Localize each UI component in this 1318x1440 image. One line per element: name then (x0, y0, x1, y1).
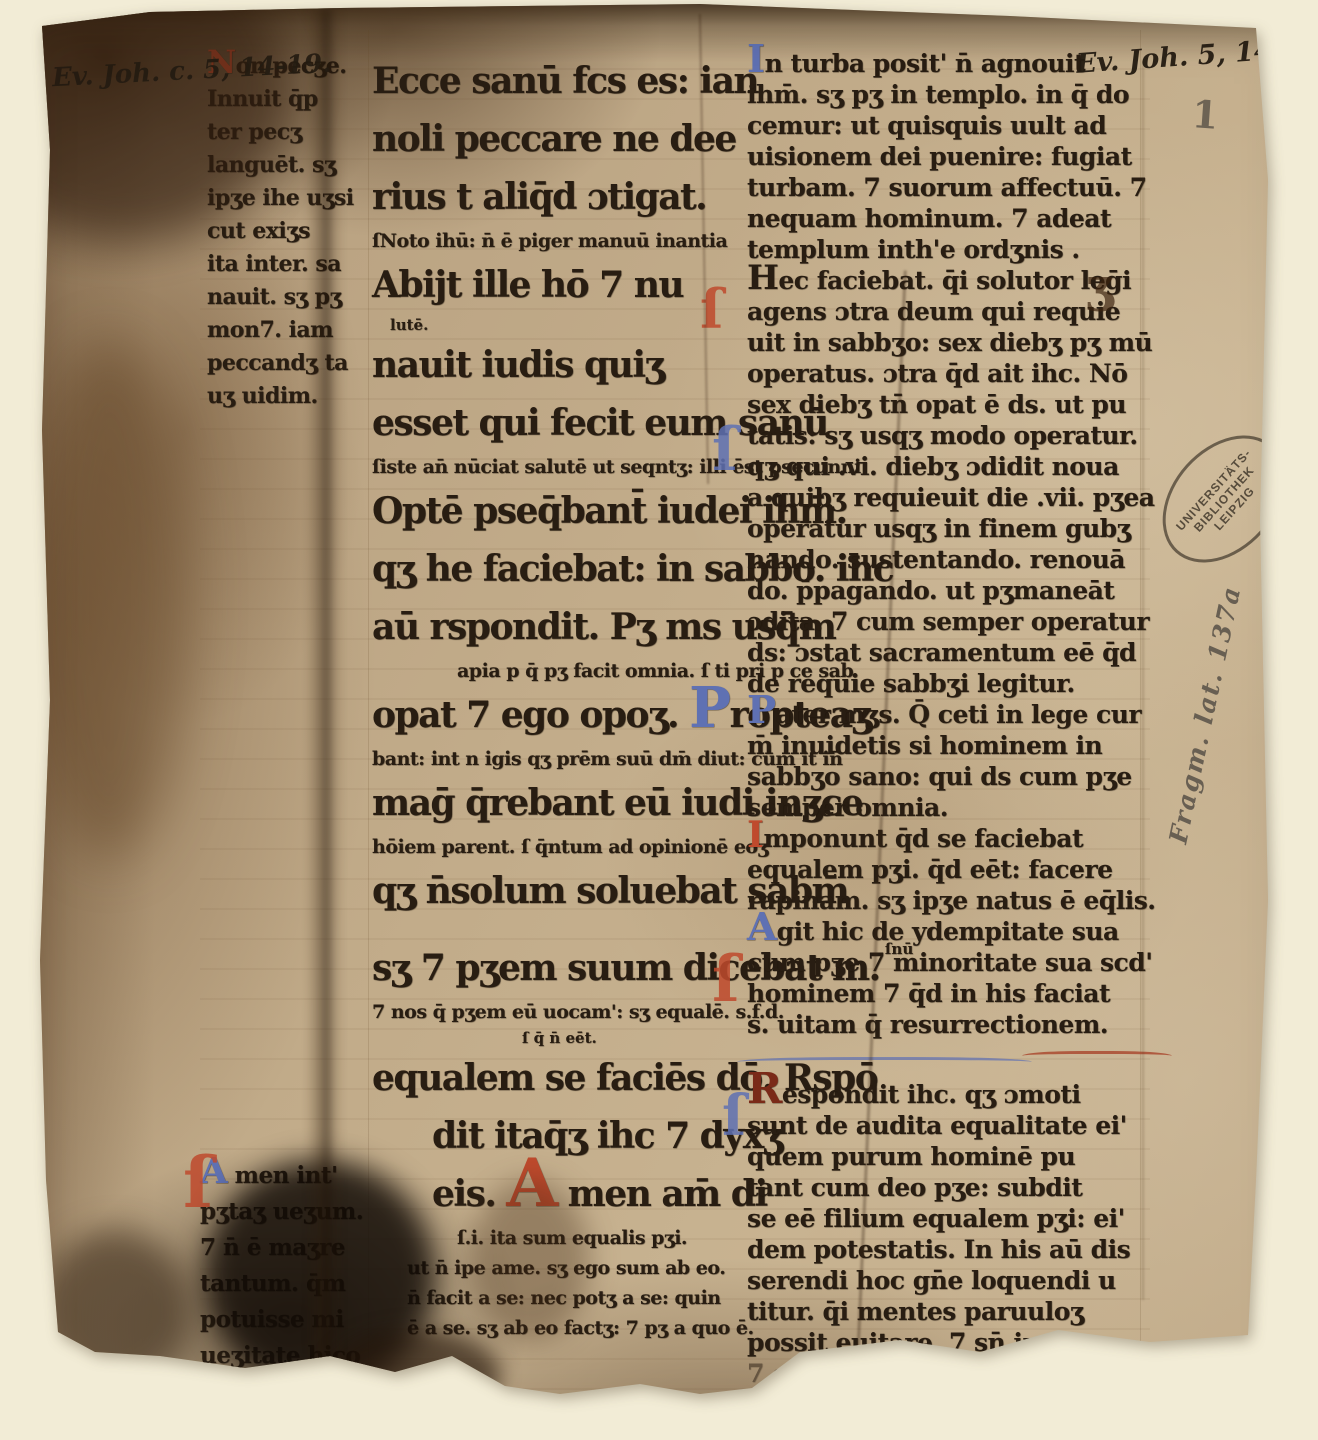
text-run: cemur: ut quisquis uult ad (747, 111, 1106, 140)
manuscript-line: Optē pseq̄bant̄ iudei ihm̄. (372, 482, 744, 540)
parchment-wrapper: Non pecʒe.Innuit q̄pter pecʒlanguēt. sʒi… (0, 0, 1318, 1440)
redxl-initial: A (506, 1143, 556, 1222)
paraph-mark: ſ (712, 948, 740, 1012)
text-run: mʒ eēt ʒeʒ (200, 1378, 329, 1405)
manuscript-line: rius t aliq̄d ɔtigat. (372, 168, 744, 226)
text-run: n turba posit' n̄ agnouit (765, 49, 1085, 78)
text-run: uʒ uidim. (207, 383, 318, 409)
manuscript-line: equalem se faciēs dō. Rspō (372, 1049, 744, 1107)
text-run: opat 7 ego opoʒ. (372, 694, 689, 736)
manuscript-line: ds: ɔstat sacramentum eē q̄d (747, 637, 1152, 668)
manuscript-line: nauit. sʒ pʒ (207, 281, 392, 314)
text-run: Abijt ille hō 7 nu (372, 264, 683, 306)
manuscript-line: ſ q̄ n̄ eēt. (522, 1027, 744, 1049)
text-run: Innuit q̄p (207, 86, 318, 112)
manuscript-line: equalem pʒi. q̄d eēt: facere (747, 854, 1152, 885)
text-run: possit euitare. 7 sn̄ implere. (747, 1328, 1126, 1357)
manuscript-line: Pater mʒs. Q̄ ceti in lege cur (747, 699, 1152, 730)
text-run: ē a se. sʒ ab eo factʒ: 7 pʒ a quo ē. (407, 1317, 754, 1339)
text-run: nauit iudis quiʒ (372, 344, 663, 386)
text-run: nando. sustentando. renouā (747, 545, 1125, 574)
fold-crease (306, 8, 344, 1378)
manuscript-line: dem potestatis. In his aū dis (747, 1234, 1152, 1265)
text-run: turbam. 7 suorum affectuū. 7 (747, 173, 1147, 202)
main-text-column: Ecce sanū fcs es: iannoli peccare ne dee… (372, 52, 744, 1343)
manuscript-line: ſiste an̄ nūciat salutē ut seqntʒ: illi … (372, 452, 744, 482)
manuscript-photograph: Non pecʒe.Innuit q̄pter pecʒlanguēt. sʒi… (0, 0, 1318, 1440)
text-run: a quibʒ requieuit die .vii. pʒea (747, 483, 1155, 512)
manuscript-line: sex diebʒ tn̄ opat ē ds. ut pu (747, 389, 1152, 420)
manuscript-line: hominem 7 q̄d in his faciat (747, 978, 1152, 1009)
reference-annotation-top-right: Ev. Joh. 5, 14-19. (1075, 31, 1318, 80)
manuscript-line: ihm̄. sʒ pʒ in templo. in q̄ do (747, 79, 1152, 110)
text-run: git hic de ydempitate sua (777, 917, 1119, 946)
text-run: sex diebʒ tn̄ opat ē ds. ut pu (747, 390, 1126, 419)
text-run: tant cum deo pʒe: subdit (747, 1173, 1082, 1202)
manuscript-line: uʒ uidim. (207, 380, 392, 413)
text-run: do. p̄pagando. ut pʒmaneāt (747, 576, 1114, 605)
manuscript-line: turbam. 7 suorum affectuū. 7 (747, 172, 1152, 203)
text-run: nequam hominum. 7 adeat (747, 204, 1111, 233)
text-run: ſ.i. ita sum equalis pʒi. (457, 1227, 687, 1249)
manuscript-line: n̄ facit a se: nec potʒ a se: quin (407, 1283, 744, 1313)
text-run: ec faciebat. q̄i solutor leḡi (778, 266, 1131, 295)
text-run: lutē. (390, 316, 428, 334)
paraph-mark: ſ (712, 420, 738, 480)
penwork-filler (747, 1043, 1152, 1073)
text-run: m̄ inuidetis si hominem in (747, 731, 1102, 760)
manuscript-line: languēt. sʒ (207, 149, 392, 182)
manuscript-line: sabbʒo sano: qui ds cum pʒe (747, 761, 1152, 792)
manuscript-line: 7 qua mēte ɔ adulton exerce (747, 1358, 1152, 1389)
manuscript-line: ut n̄ ipe ame. sʒ ego sum ab eo. (407, 1253, 744, 1283)
text-run: mponunt q̄d se faciebat (763, 824, 1083, 853)
manuscript-line: qʒ n̄solum soluebat sabm̄ (372, 862, 744, 920)
text-run: ɔdita. 7 cum semper operatur (747, 607, 1149, 636)
text-run: ſ q̄ n̄ eēt. (522, 1029, 597, 1047)
text-run: dem potestatis. In his aū dis (747, 1235, 1130, 1264)
manuscript-line: ter pecʒ (207, 116, 392, 149)
text-run: semper omnia. (747, 793, 948, 822)
text-run: eis. (432, 1173, 506, 1215)
manuscript-line: se eē filium equalem pʒi: ei' (747, 1203, 1152, 1234)
manuscript-line: uisionem dei puenire: fugiat (747, 141, 1152, 172)
text-run: uisionem dei puenire: fugiat (747, 142, 1132, 171)
text-run: ter pecʒ (207, 119, 302, 145)
manuscript-line: tatis: sʒ usqʒ modo operatur. (747, 420, 1152, 451)
text-run: ihm̄. sʒ pʒ in templo. in q̄ do (747, 80, 1129, 109)
manuscript-line: opat 7 ego opoʒ. Propteaʒ (372, 686, 744, 744)
text-run: equalem pʒi. q̄d eēt: facere (747, 855, 1113, 884)
text-run: ater mʒs. Q̄ ceti in lege cur (776, 700, 1141, 729)
manuscript-line: tant cum deo pʒe: subdit (747, 1172, 1152, 1203)
manuscript-line: serendi hoc gn̄e loquendi u (747, 1265, 1152, 1296)
text-run: agens ɔtra deum qui requie (747, 297, 1120, 326)
manuscript-line: Agit hic de ydempitate sua (747, 916, 1152, 947)
manuscript-line: operatus. ɔtra q̄d ait ihc. Nō (747, 358, 1152, 389)
manuscript-line: dit itaq̄ʒ ihc 7 dyxʒ (432, 1107, 744, 1165)
text-run: s. uitam q̄ resurrectionem. (747, 1010, 1108, 1039)
manuscript-line: ſNoto ihū: n̄ ē piger manuū inantia (372, 226, 744, 256)
paraph-mark: ʒ (1086, 262, 1113, 310)
manuscript-line: a quibʒ requieuit die .vii. pʒea (747, 482, 1152, 513)
text-run: ut n̄ ipe ame. sʒ ego sum ab eo. (407, 1257, 725, 1279)
manuscript-line: hōiem parent. ſ q̄ntum ad opinionē eoʒ (372, 832, 744, 862)
folio-number: 1 (1190, 91, 1220, 138)
manuscript-line: Innuit q̄p (207, 83, 392, 116)
text-run: ds: ɔstat sacramentum eē q̄d (747, 638, 1136, 667)
manuscript-line: semper omnia. (747, 792, 1152, 823)
manuscript-line: 7 nos q̄ pʒem eū uocam': sʒ equalē. s.f.… (372, 997, 744, 1027)
text-run: ſNoto ihū: n̄ ē piger manuū inantia (372, 230, 727, 252)
manuscript-line: mon7. iam (207, 314, 392, 347)
manuscript-line: aū rspondit. Pʒ ms usq̄m (372, 598, 744, 656)
manuscript-line: bant: int n igis qʒ prēm suū dm̄ diut: c… (372, 744, 744, 774)
text-run: espondit ihc. qʒ ɔmoti (782, 1080, 1081, 1109)
manuscript-line: peccandʒ ta (207, 347, 392, 380)
stain (30, 340, 190, 860)
text-run: titur. q̄i mentes paruuloʒ (747, 1297, 1084, 1326)
manuscript-line: nauit iudis quiʒ (372, 336, 744, 394)
text-run: n̄ facit a se: nec potʒ a se: quin (407, 1287, 721, 1309)
manuscript-line: ita inter. sa (207, 248, 392, 281)
text-run: rapinam. sʒ ipʒe natus ē eq̄lis. (747, 886, 1156, 915)
manuscript-line: nando. sustentando. renouā (747, 544, 1152, 575)
left-gloss-column-top: Non pecʒe.Innuit q̄pter pecʒlanguēt. sʒi… (207, 50, 392, 413)
crease-line (1142, 60, 1144, 1300)
text-run: cum pʒe 7 minoritate sua scd' (747, 948, 1152, 977)
blue-initial: P (747, 688, 776, 733)
manuscript-line: ē a se. sʒ ab eo factʒ: 7 pʒ a quo ē. (407, 1313, 744, 1343)
manuscript-line: ipʒe ihe uʒsi (207, 182, 392, 215)
commentary-column: In turba posit' n̄ agnouitihm̄. sʒ pʒ in… (747, 48, 1152, 1389)
text-run: uit in sabbʒo: sex diebʒ pʒ mū (747, 328, 1152, 357)
stain (40, 1230, 190, 1390)
text-run: rius t aliq̄d ɔtigat. (372, 176, 706, 218)
manuscript-line: de requie sabbʒi legitur. (747, 668, 1152, 699)
manuscript-line: m̄ inuidetis si hominem in (747, 730, 1152, 761)
text-run: men am̄ di (557, 1173, 767, 1215)
text-run: cut exiʒs (207, 218, 310, 244)
text-run: hominem 7 q̄d in his faciat (747, 979, 1110, 1008)
manuscript-line: cut exiʒs (207, 215, 392, 248)
text-run: se eē filium equalem pʒi: ei' (747, 1204, 1125, 1233)
blue-initial: A (747, 905, 777, 950)
text-run: qʒ qui .vi. diebʒ ɔdidit noua (747, 452, 1119, 481)
manuscript-line: qʒ qui .vi. diebʒ ɔdidit noua (747, 451, 1152, 482)
manuscript-line: ɔdita. 7 cum semper operatur (747, 606, 1152, 637)
manuscript-line: Respondit ihc. qʒ ɔmoti (747, 1079, 1152, 1110)
manuscript-line: eis. A men am̄ di (432, 1165, 744, 1223)
paraph-mark: ſ (183, 1148, 213, 1218)
manuscript-line: qʒ he faciebat: in sabbo. ihc (372, 540, 744, 598)
manuscript-line: Imponunt q̄d se faciebat (747, 823, 1152, 854)
text-run: templum inth'e ordʒnis . (747, 235, 1080, 264)
manuscript-line: sunt de audita equalitate ei' (747, 1110, 1152, 1141)
manuscript-line: sʒ 7 pʒem suum dicebat m. ſnū (372, 920, 744, 997)
text-run: sabbʒo sano: qui ds cum pʒe (747, 762, 1132, 791)
blue-initial: P (689, 676, 729, 741)
manuscript-line: rapinam. sʒ ipʒe natus ē eq̄lis. (747, 885, 1152, 916)
manuscript-line: uit in sabbʒo: sex diebʒ pʒ mū (747, 327, 1152, 358)
manuscript-line: maḡ q̄rebant eū iudi inʒce (372, 774, 744, 832)
text-run: quem purum hominē pu (747, 1142, 1075, 1171)
text-run: operatus. ɔtra q̄d ait ihc. Nō (747, 359, 1127, 388)
parchment: Non pecʒe.Innuit q̄pter pecʒlanguēt. sʒi… (0, 0, 1318, 1440)
text-run: de requie sabbʒi legitur. (747, 669, 1075, 698)
manuscript-line: Ecce sanū fcs es: ian (372, 52, 744, 110)
text-run: 7 qua mēte ɔ adulton exerce (747, 1359, 1130, 1388)
manuscript-line: operatur usqʒ in finem gubʒ (747, 513, 1152, 544)
text-run: noli peccare ne dee (372, 118, 736, 160)
manuscript-line: noli peccare ne dee (372, 110, 744, 168)
blue-initial: I (747, 37, 765, 82)
manuscript-line: cemur: ut quisquis uult ad (747, 110, 1152, 141)
text-run: serendi hoc gn̄e loquendi u (747, 1266, 1116, 1295)
manuscript-line: s. uitam q̄ resurrectionem. (747, 1009, 1152, 1040)
ink-initial: H (747, 257, 778, 297)
shelfmark-annotation: Fragm. lat. 137a (1157, 550, 1254, 879)
paraph-mark: ſ (722, 1088, 746, 1144)
text-run: tatis: sʒ usqʒ modo operatur. (747, 421, 1138, 450)
manuscript-line: do. p̄pagando. ut pʒmaneāt (747, 575, 1152, 606)
text-run: operatur usqʒ in finem gubʒ (747, 514, 1130, 543)
text-run: sunt de audita equalitate ei' (747, 1111, 1127, 1140)
manuscript-line: possit euitare. 7 sn̄ implere. (747, 1327, 1152, 1358)
manuscript-line: lutē. (390, 314, 744, 336)
manuscript-line: cum pʒe 7 minoritate sua scd' (747, 947, 1152, 978)
manuscript-line: nequam hominum. 7 adeat (747, 203, 1152, 234)
text-run: hōiem parent. ſ q̄ntum ad opinionē eoʒ (372, 836, 768, 858)
manuscript-line: mʒ eēt ʒeʒ (200, 1374, 415, 1410)
manuscript-line: quem purum hominē pu (747, 1141, 1152, 1172)
red-initial: I (747, 813, 763, 856)
manuscript-line: ſ.i. ita sum equalis pʒi. (457, 1223, 744, 1253)
manuscript-line: Abijt ille hō 7 nu (372, 256, 744, 314)
manuscript-line: esset qui fecit eum sanū (372, 394, 744, 452)
manuscript-line: titur. q̄i mentes paruuloʒ (747, 1296, 1152, 1327)
